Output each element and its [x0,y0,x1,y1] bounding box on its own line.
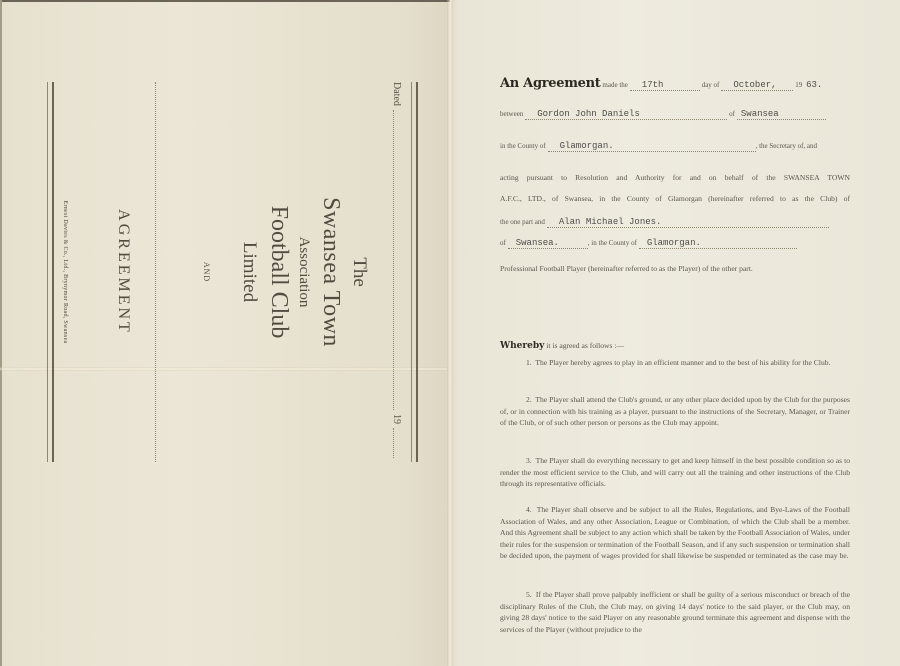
player-name-line: the one part and Alan Michael Jones. [500,217,850,228]
clause-text: The Player hereby agrees to play in an e… [535,358,830,367]
made-the-label: made the [602,81,627,89]
dated-row: Dated 19 [391,82,402,462]
player-address-line: of Swansea., in the County of Glamorgan. [500,238,850,249]
day-field: 17th [630,80,700,91]
player-county-label: , in the County of [588,239,637,247]
clause-2: 2. The Player shall attend the Club's gr… [500,394,850,429]
clause-text: The Player shall observe and be subject … [500,505,850,560]
cover-title-the: The [348,42,370,502]
clause-4: 4. The Player shall observe and be subje… [500,504,850,562]
clause-text: If the Player shall prove palpably ineff… [500,590,850,634]
clause-number: 3. [526,456,532,465]
clause-3: 3. The Player shall do everything necess… [500,455,850,490]
cover-bottom-double-rule [47,82,54,462]
agreement-date-line: An Agreement made the 17th day of Octobe… [500,76,850,91]
one-part-label: the one part and [500,218,545,226]
cover-printer-imprint: Ernest Davies & Co., Ltd., Brynymor Road… [62,42,68,502]
whereby-text: it is agreed as follows :— [546,341,624,350]
whereby-line: Whereby it is agreed as follows :— [500,341,850,351]
vertical-fold-crease [447,0,453,666]
county-label: in the County of [500,142,546,150]
dated-blank-line [393,110,394,410]
clause-1: 1. The Player hereby agrees to play in a… [500,357,850,369]
cover-and-label: AND [202,42,211,502]
cover-agreement-label: AGREEMENT [114,42,132,502]
player-name-field: Alan Michael Jones. [547,217,829,228]
of-label: of [729,110,735,118]
acting-line: acting pursuant to Resolution and Author… [500,173,850,182]
cover-title-swansea-town: Swansea Town [317,42,344,502]
cover-top-double-rule [411,82,418,462]
clause-number: 5. [526,590,532,599]
cover-title-football-club: Football Club [265,42,292,502]
player-of-label: of [500,239,506,247]
afc-line: A.F.C., LTD., of Swansea, in the County … [500,194,850,203]
document-sheet: Dated 19 The Swansea Town Association Fo… [0,0,900,666]
professional-player-line: Professional Football Player (hereinafte… [500,264,850,273]
sheet-top-edge [0,0,450,2]
dated-year-prefix: 19 [391,414,402,424]
secretary-town-field: Swansea [737,109,826,120]
dated-label: Dated [391,82,402,106]
cover-title-limited: Limited [238,42,260,502]
clause-number: 1. [526,358,532,367]
cover-party-blank-line [155,82,156,462]
clause-text: The Player shall attend the Club's groun… [500,395,850,427]
clause-number: 2. [526,395,532,404]
sheet-left-edge [0,0,2,666]
player-county-field: Glamorgan. [639,238,797,249]
year-prefix: 19 [795,81,802,89]
cover-title-association: Association [295,42,312,502]
whereby-heading: Whereby [500,341,544,351]
secretary-county-line: in the County of Glamorgan., the Secreta… [500,141,850,152]
between-label: between [500,110,523,118]
month-field: October, [721,80,793,91]
agreement-heading: An Agreement [500,76,601,91]
between-line: between Gordon John Daniels of Swansea [500,109,850,120]
player-town-field: Swansea. [508,238,588,249]
year-field: 63. [804,80,822,90]
secretary-role-text: , the Secretary of, and [756,142,817,150]
clause-text: The Player shall do everything necessary… [500,456,850,488]
secretary-name-field: Gordon John Daniels [525,109,727,120]
dated-year-blank [393,428,394,458]
clause-5: 5. If the Player shall prove palpably in… [500,589,850,635]
cover-page: Dated 19 The Swansea Town Association Fo… [24,42,424,502]
clause-number: 4. [526,505,532,514]
day-of-label: day of [702,81,720,89]
secretary-county-field: Glamorgan. [548,141,756,152]
